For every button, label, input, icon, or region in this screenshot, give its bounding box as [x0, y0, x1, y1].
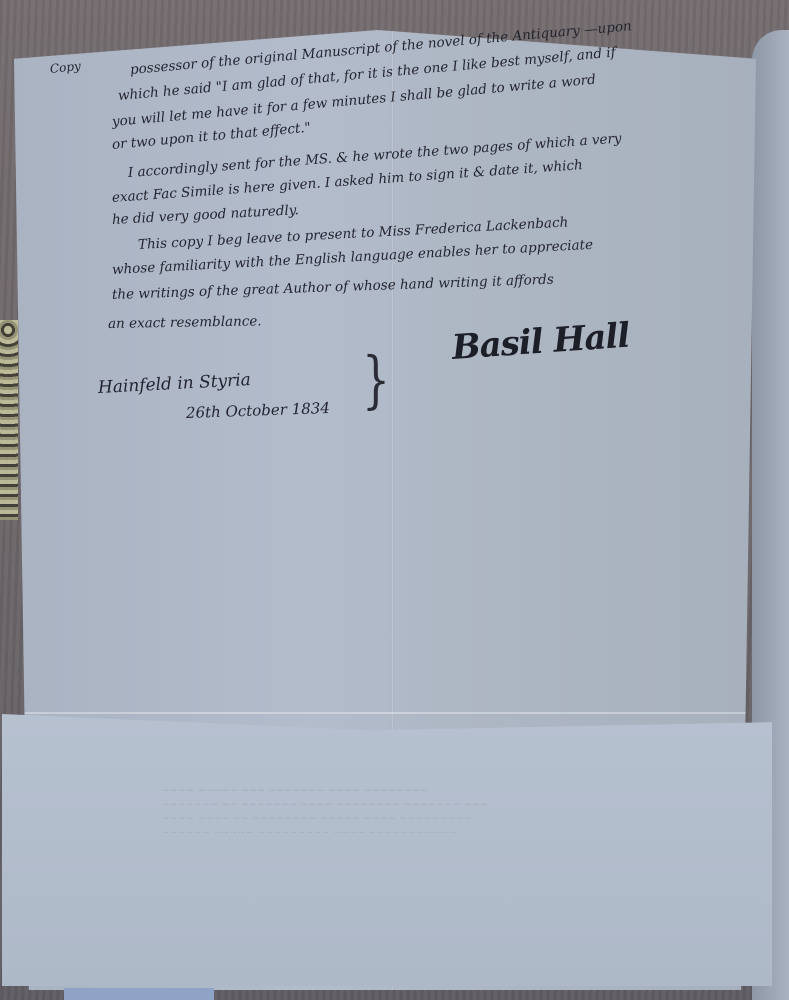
horizontal-fold-crease [14, 712, 756, 714]
brace-mark: } [362, 345, 390, 416]
decorative-book-edge [0, 320, 18, 520]
show-through-print: ~~~~ ~~~~~ ~~~ ~~~~~~~ ~~~~ ~~~~~~~~ ~~~… [162, 784, 488, 840]
folded-lower-panel: ~~~~ ~~~~~ ~~~ ~~~~~~~ ~~~~ ~~~~~~~~ ~~~… [2, 714, 772, 986]
letter-line-11: an exact resemblance. [108, 313, 262, 332]
paper-slip [64, 988, 214, 1000]
